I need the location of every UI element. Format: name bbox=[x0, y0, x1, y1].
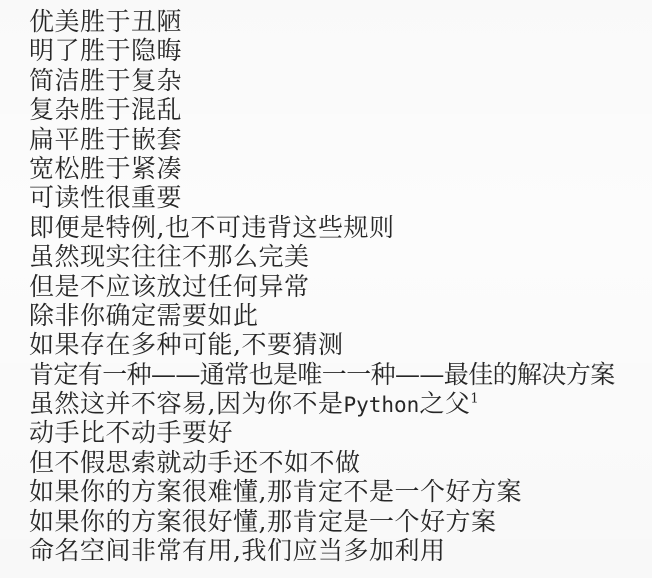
zen-line-text: 虽然这并不容易,因为你不是 bbox=[29, 389, 343, 418]
zen-line: 虽然现实往往不那么完美 bbox=[29, 242, 646, 271]
zen-line: 优美胜于丑陋 bbox=[29, 7, 646, 36]
zen-line: 简洁胜于复杂 bbox=[29, 66, 646, 95]
zen-line: 动手比不动手要好 bbox=[29, 418, 646, 447]
zen-line: 肯定有一种——通常也是唯一一种——最佳的解决方案 bbox=[29, 360, 646, 389]
inline-code-python: Python bbox=[343, 393, 419, 417]
zen-line: 即便是特例,也不可违背这些规则 bbox=[29, 213, 646, 242]
footnote-marker: 1 bbox=[470, 392, 478, 407]
zen-line: 扁平胜于嵌套 bbox=[29, 125, 646, 154]
zen-line: 如果你的方案很难懂,那肯定不是一个好方案 bbox=[29, 477, 646, 506]
zen-line: 如果存在多种可能,不要猜测 bbox=[29, 330, 646, 359]
zen-line: 除非你确定需要如此 bbox=[29, 301, 646, 330]
zen-line-text: 之父 bbox=[419, 389, 470, 418]
zen-line-with-footnote: 虽然这并不容易,因为你不是Python之父1 bbox=[29, 389, 646, 418]
zen-line: 如果你的方案很好懂,那肯定是一个好方案 bbox=[29, 507, 646, 536]
zen-line: 但不假思索就动手还不如不做 bbox=[29, 448, 646, 477]
scanned-book-page: 优美胜于丑陋 明了胜于隐晦 简洁胜于复杂 复杂胜于混乱 扁平胜于嵌套 宽松胜于紧… bbox=[0, 0, 652, 578]
zen-line: 复杂胜于混乱 bbox=[29, 95, 646, 124]
zen-line: 宽松胜于紧凑 bbox=[29, 154, 646, 183]
zen-of-python-text: 优美胜于丑陋 明了胜于隐晦 简洁胜于复杂 复杂胜于混乱 扁平胜于嵌套 宽松胜于紧… bbox=[29, 7, 646, 565]
zen-line: 但是不应该放过任何异常 bbox=[29, 272, 646, 301]
zen-line: 命名空间非常有用,我们应当多加利用 bbox=[29, 536, 646, 565]
zen-line: 可读性很重要 bbox=[29, 183, 646, 212]
zen-line: 明了胜于隐晦 bbox=[29, 36, 646, 65]
